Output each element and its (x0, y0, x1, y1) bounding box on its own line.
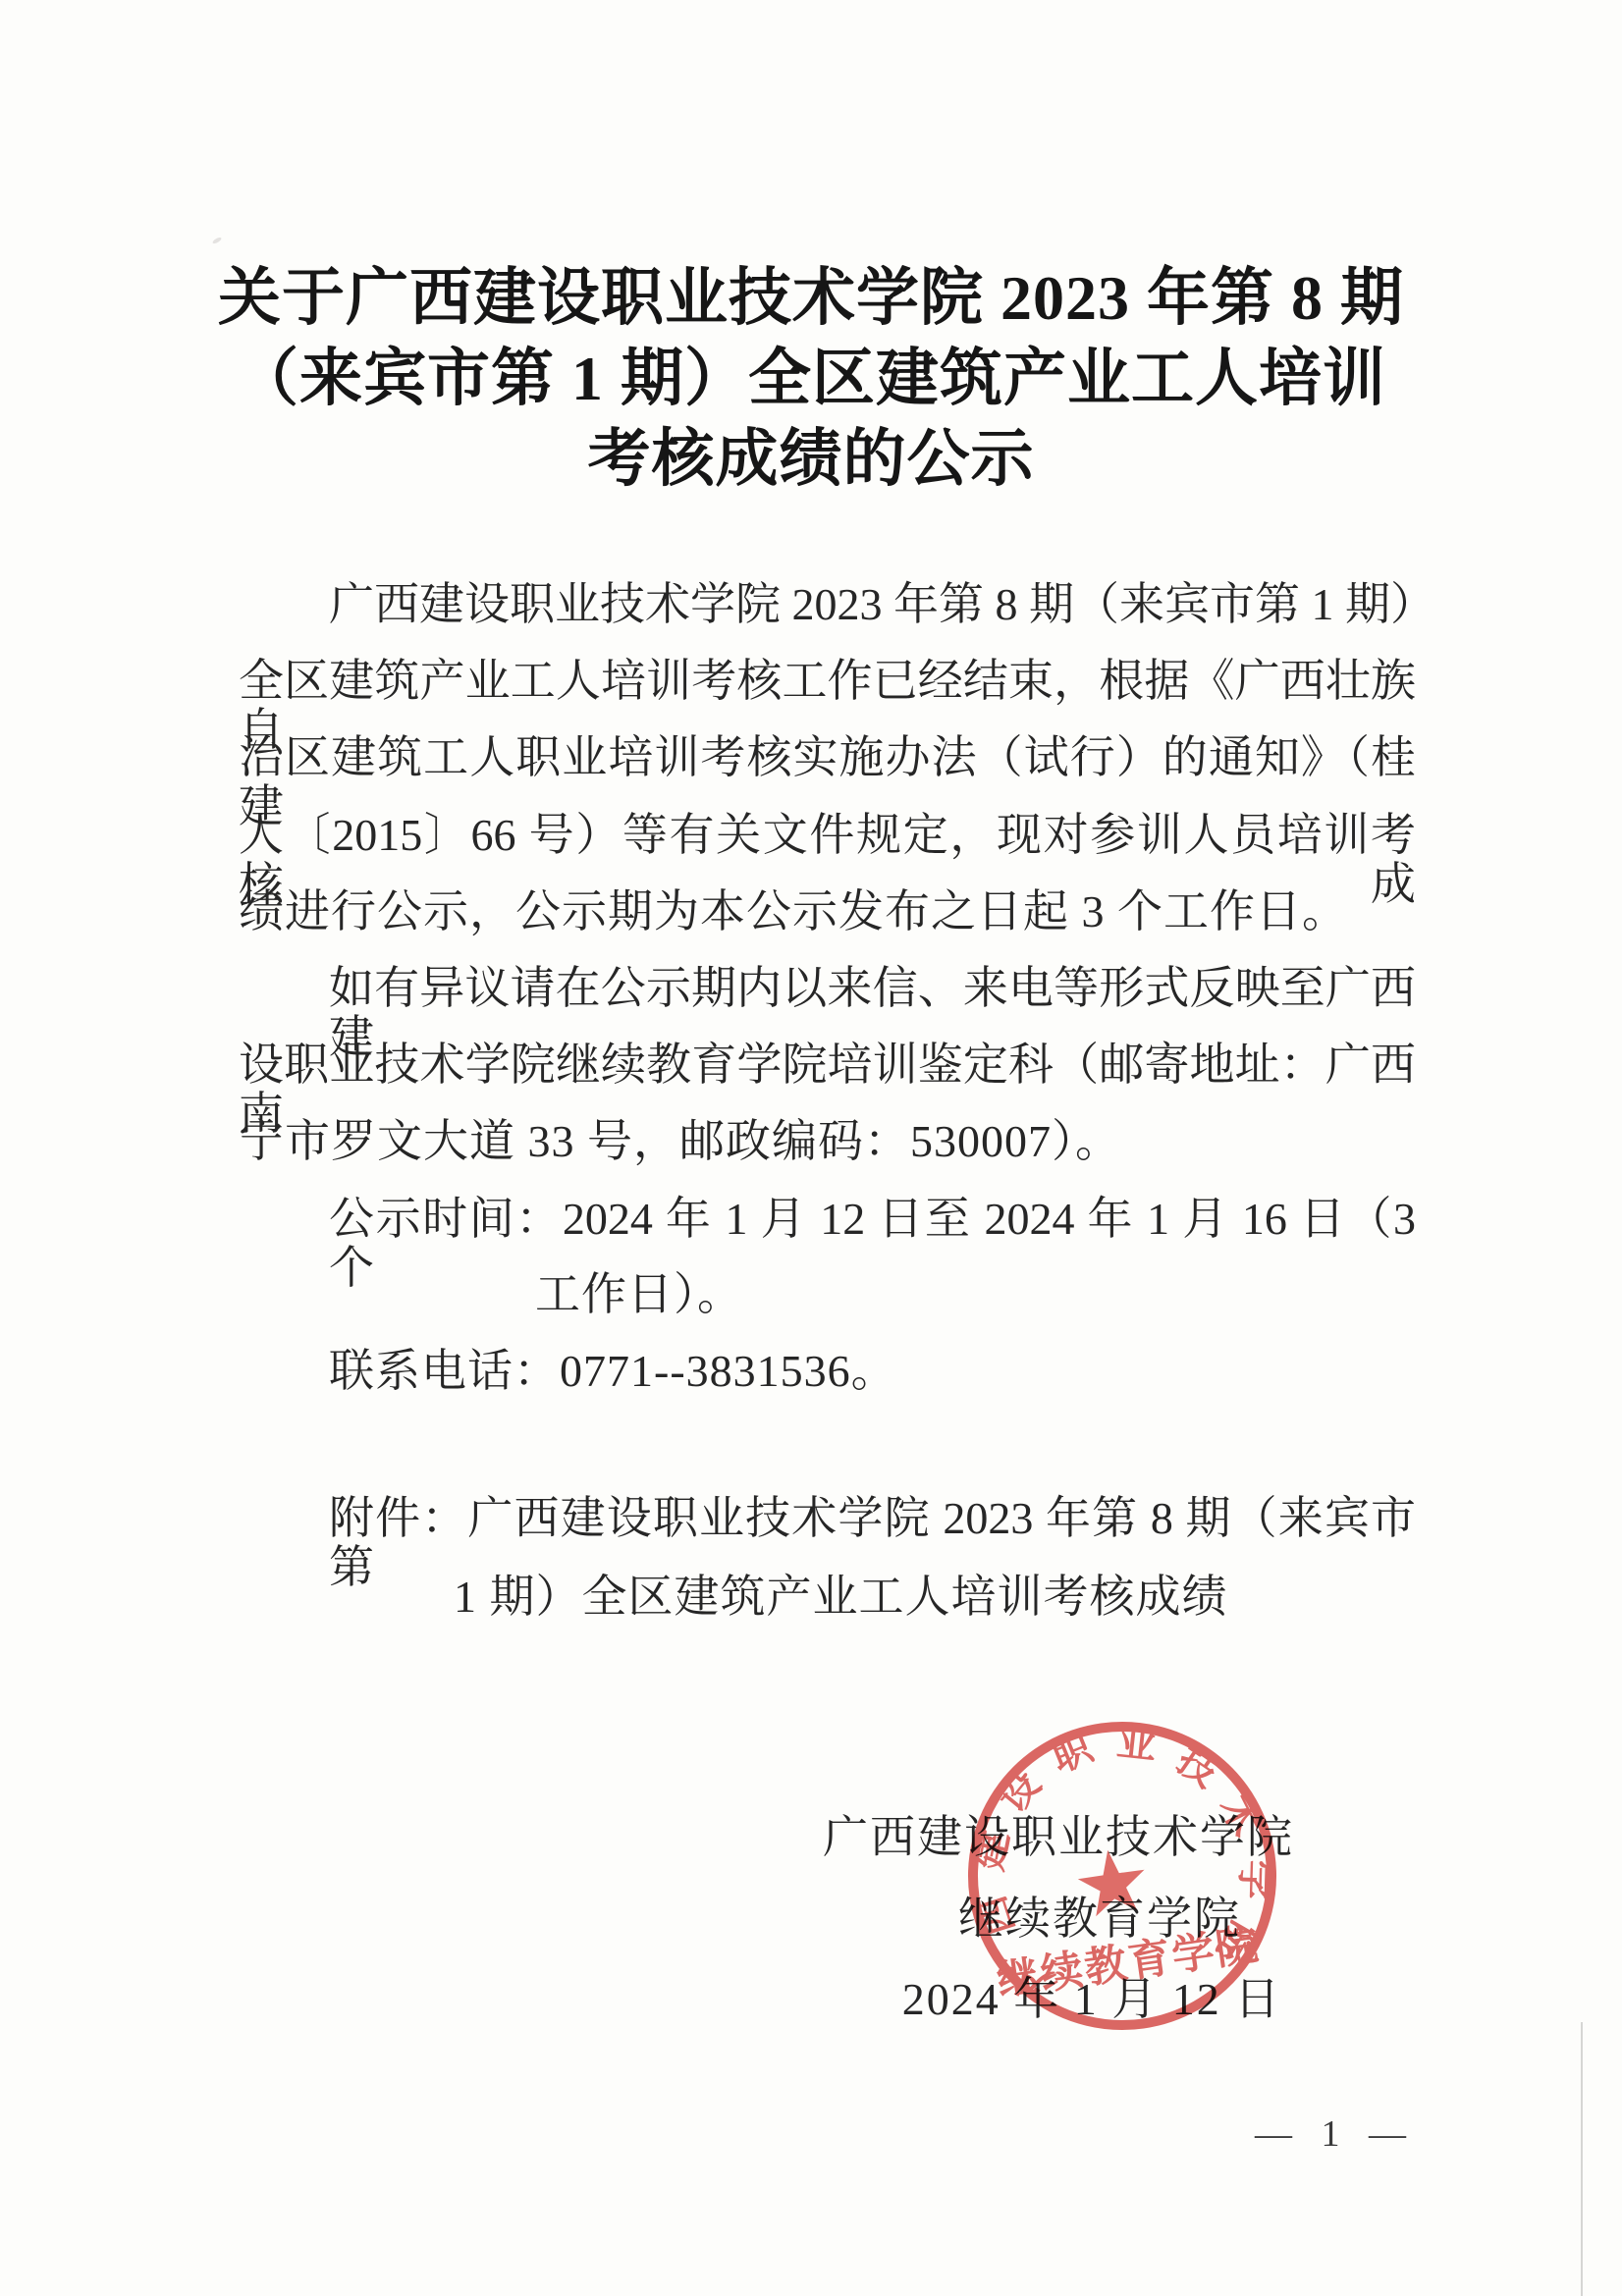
document-title-line-3: 考核成绩的公示 (0, 428, 1622, 491)
scan-artifact-line (1581, 2022, 1583, 2296)
contact-phone-line: 联系电话：0771--3831536。 (239, 1347, 1506, 1396)
document-title-line-1: 关于广西建设职业技术学院 2023 年第 8 期 (0, 267, 1622, 330)
page-number: — 1 — (1255, 2112, 1416, 2156)
svg-text:技: 技 (1169, 1737, 1227, 1796)
svg-text:业: 业 (1114, 1720, 1159, 1768)
official-seal: 广 西 建 设 职 业 技 术 学 院 继续教育学院 (955, 1709, 1289, 2043)
body-line: 广西建设职业技术学院 2023 年第 8 期（来宾市第 1 期） (239, 580, 1416, 629)
body-line: 宁市罗文大道 33 号，邮政编码：530007）。 (239, 1117, 1416, 1166)
attachment-line-2: 1 期）全区建筑产业工人培训考核成绩 (239, 1573, 1622, 1622)
svg-text:学: 学 (1232, 1859, 1277, 1899)
scan-speck (212, 237, 223, 244)
document-page: 关于广西建设职业技术学院 2023 年第 8 期 （来宾市第 1 期）全区建筑产… (0, 0, 1622, 2296)
star-icon (1074, 1845, 1150, 1918)
document-title-line-2: （来宾市第 1 期）全区建筑产业工人培训 (0, 347, 1622, 410)
svg-text:设: 设 (990, 1762, 1049, 1820)
body-line: 工作日）。 (239, 1270, 1622, 1319)
body-line: 绩进行公示，公示期为本公示发布之日起 3 个工作日。 (239, 887, 1416, 936)
svg-text:建: 建 (966, 1827, 1017, 1874)
